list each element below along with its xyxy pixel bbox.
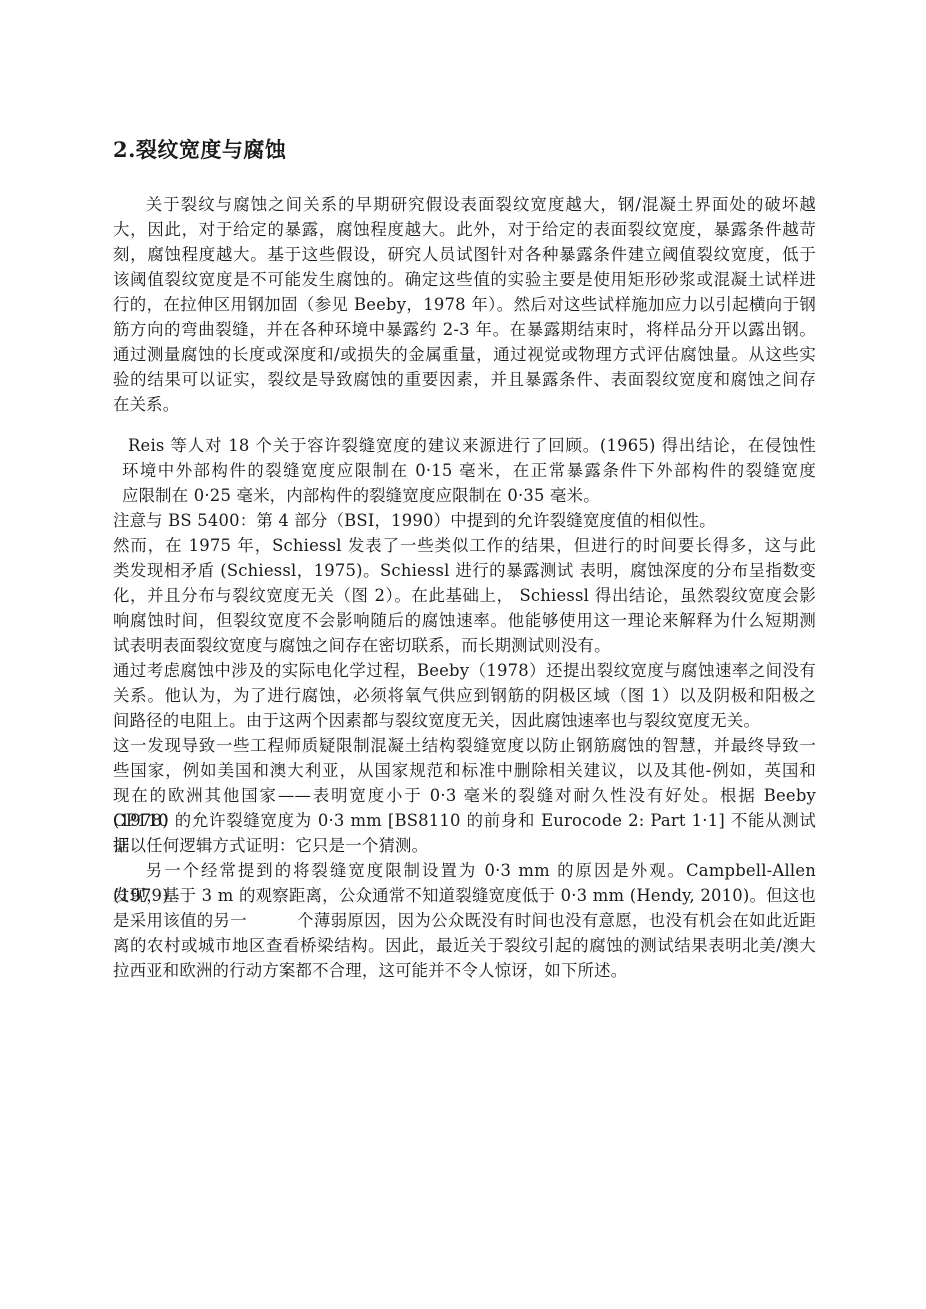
text-line: 这一发现导致一些工程师质疑限制混凝土结构裂缝宽度以防止钢筋腐蚀的智慧，并最终导致… — [113, 733, 816, 758]
text-line: 现在的欧洲其他国家——表明宽度小于 0·3 毫米的裂缝对耐久性没有好处。根据 B… — [113, 783, 816, 808]
paragraph-intro: 关于裂纹与腐蚀之间关系的早期研究假设表面裂纹宽度越大，钢/混凝土界面处的破坏越 … — [113, 192, 816, 417]
text-line: 间路径的电阻上。由于这两个因素都与裂纹宽度无关，因此腐蚀速率也与裂纹宽度无关。 — [113, 708, 816, 733]
text-line: 通过测量腐蚀的长度或深度和/或损失的金属重量，通过视觉或物理方式评估腐蚀量。从这… — [113, 342, 816, 367]
text-line: 筋方向的弯曲裂缝，并在各种环境中暴露约 2-3 年。在暴露期结束时，将样品分开以… — [113, 317, 816, 342]
section-heading: 2.裂纹宽度与腐蚀 — [113, 138, 816, 162]
text-line: 在关系。 — [113, 392, 816, 417]
text-line: 应限制在 0·25 毫米，内部构件的裂缝宽度应限制在 0·35 毫米。 — [122, 483, 816, 508]
text-line: 关系。他认为，为了进行腐蚀，必须将氧气供应到钢筋的阴极区域（图 1）以及阴极和阳… — [113, 683, 816, 708]
text-line: 试表明表面裂纹宽度与腐蚀之间存在密切联系，而长期测试则没有。 — [113, 633, 816, 658]
page-content: 2.裂纹宽度与腐蚀 关于裂纹与腐蚀之间关系的早期研究假设表面裂纹宽度越大，钢/混… — [113, 138, 816, 983]
text-line: 些国家，例如美国和澳大利亚，从国家规范和标准中删除相关建议，以及其他-例如，英国… — [113, 758, 816, 783]
text-line: 环境中外部构件的裂缝宽度应限制在 0·15 毫米，在正常暴露条件下外部构件的裂缝… — [122, 458, 816, 483]
paragraph-note: 注意与 BS 5400：第 4 部分（BSI，1990）中提到的允许裂缝宽度值的… — [113, 508, 816, 533]
paragraph-reis: Reis 等人对 18 个关于容许裂缝宽度的建议来源进行了回顾。(1965) 得… — [113, 433, 816, 508]
text-line: 另一个经常提到的将裂缝宽度限制设置为 0·3 mm 的原因是外观。Campbel… — [113, 858, 816, 883]
text-line: 注意与 BS 5400：第 4 部分（BSI，1990）中提到的允许裂缝宽度值的… — [113, 508, 816, 533]
text-line: 拉西亚和欧洲的行动方案都不合理，这可能并不令人惊讶，如下所述。 — [113, 958, 816, 983]
paragraph-appearance: 另一个经常提到的将裂缝宽度限制设置为 0·3 mm 的原因是外观。Campbel… — [113, 858, 816, 983]
document-page: { "page": { "background_color": "#ffffff… — [0, 0, 926, 1309]
text-line: 刻，腐蚀程度越大。基于这些假设，研究人员试图针对各种暴露条件建立阈值裂纹宽度，低… — [113, 242, 816, 267]
text-line: 化，并且分布与裂纹宽度无关（图 2）。在此基础上， Schiessl 得出结论，… — [113, 583, 816, 608]
text-line: Reis 等人对 18 个关于容许裂缝宽度的建议来源进行了回顾。(1965) 得… — [122, 433, 816, 458]
text-line: CP110 的允许裂缝宽度为 0·3 mm [BS8110 的前身和 Euroc… — [113, 808, 816, 833]
text-line: 验的结果可以证实，裂纹是导致腐蚀的重要因素，并且暴露条件、表面裂纹宽度和腐蚀之间… — [113, 367, 816, 392]
text-line: 响腐蚀时间，但裂纹宽度不会影响随后的腐蚀速率。他能够使用这一理论来解释为什么短期… — [113, 608, 816, 633]
text-line: 该阈值裂纹宽度是不可能发生腐蚀的。确定这些值的实验主要是使用矩形砂浆或混凝土试样… — [113, 267, 816, 292]
text-line: 关于裂纹与腐蚀之间关系的早期研究假设表面裂纹宽度越大，钢/混凝土界面处的破坏越 — [113, 192, 816, 217]
text-line: 离的农村或城市地区查看桥梁结构。因此，最近关于裂纹引起的腐蚀的测试结果表明北美/… — [113, 933, 816, 958]
paragraph-finding: 这一发现导致一些工程师质疑限制混凝土结构裂缝宽度以防止钢筋腐蚀的智慧，并最终导致… — [113, 733, 816, 858]
text-line: 大，因此，对于给定的暴露，腐蚀程度越大。此外，对于给定的表面裂纹宽度，暴露条件越… — [113, 217, 816, 242]
paragraph-schiessl: 然而，在 1975 年，Schiessl 发表了一些类似工作的结果，但进行的时间… — [113, 533, 816, 658]
text-line: 发现，基于 3 m 的观察距离，公众通常不知道裂缝宽度低于 0·3 mm (He… — [113, 883, 816, 908]
text-line: 类发现相矛盾 (Schiessl，1975)。Schiessl 进行的暴露测试 … — [113, 558, 816, 583]
text-line: 通过考虑腐蚀中涉及的实际电化学过程，Beeby（1978）还提出裂纹宽度与腐蚀速… — [113, 658, 816, 683]
text-line: 然而，在 1975 年，Schiessl 发表了一些类似工作的结果，但进行的时间… — [113, 533, 816, 558]
text-line: 据以任何逻辑方式证明：它只是一个猜测。 — [113, 833, 816, 858]
text-line: 行的，在拉伸区用钢加固（参见 Beeby，1978 年）。然后对这些试样施加应力… — [113, 292, 816, 317]
paragraph-beeby: 通过考虑腐蚀中涉及的实际电化学过程，Beeby（1978）还提出裂纹宽度与腐蚀速… — [113, 658, 816, 733]
text-line: 是采用该值的另一 个薄弱原因，因为公众既没有时间也没有意愿，也没有机会在如此近距 — [113, 908, 816, 933]
